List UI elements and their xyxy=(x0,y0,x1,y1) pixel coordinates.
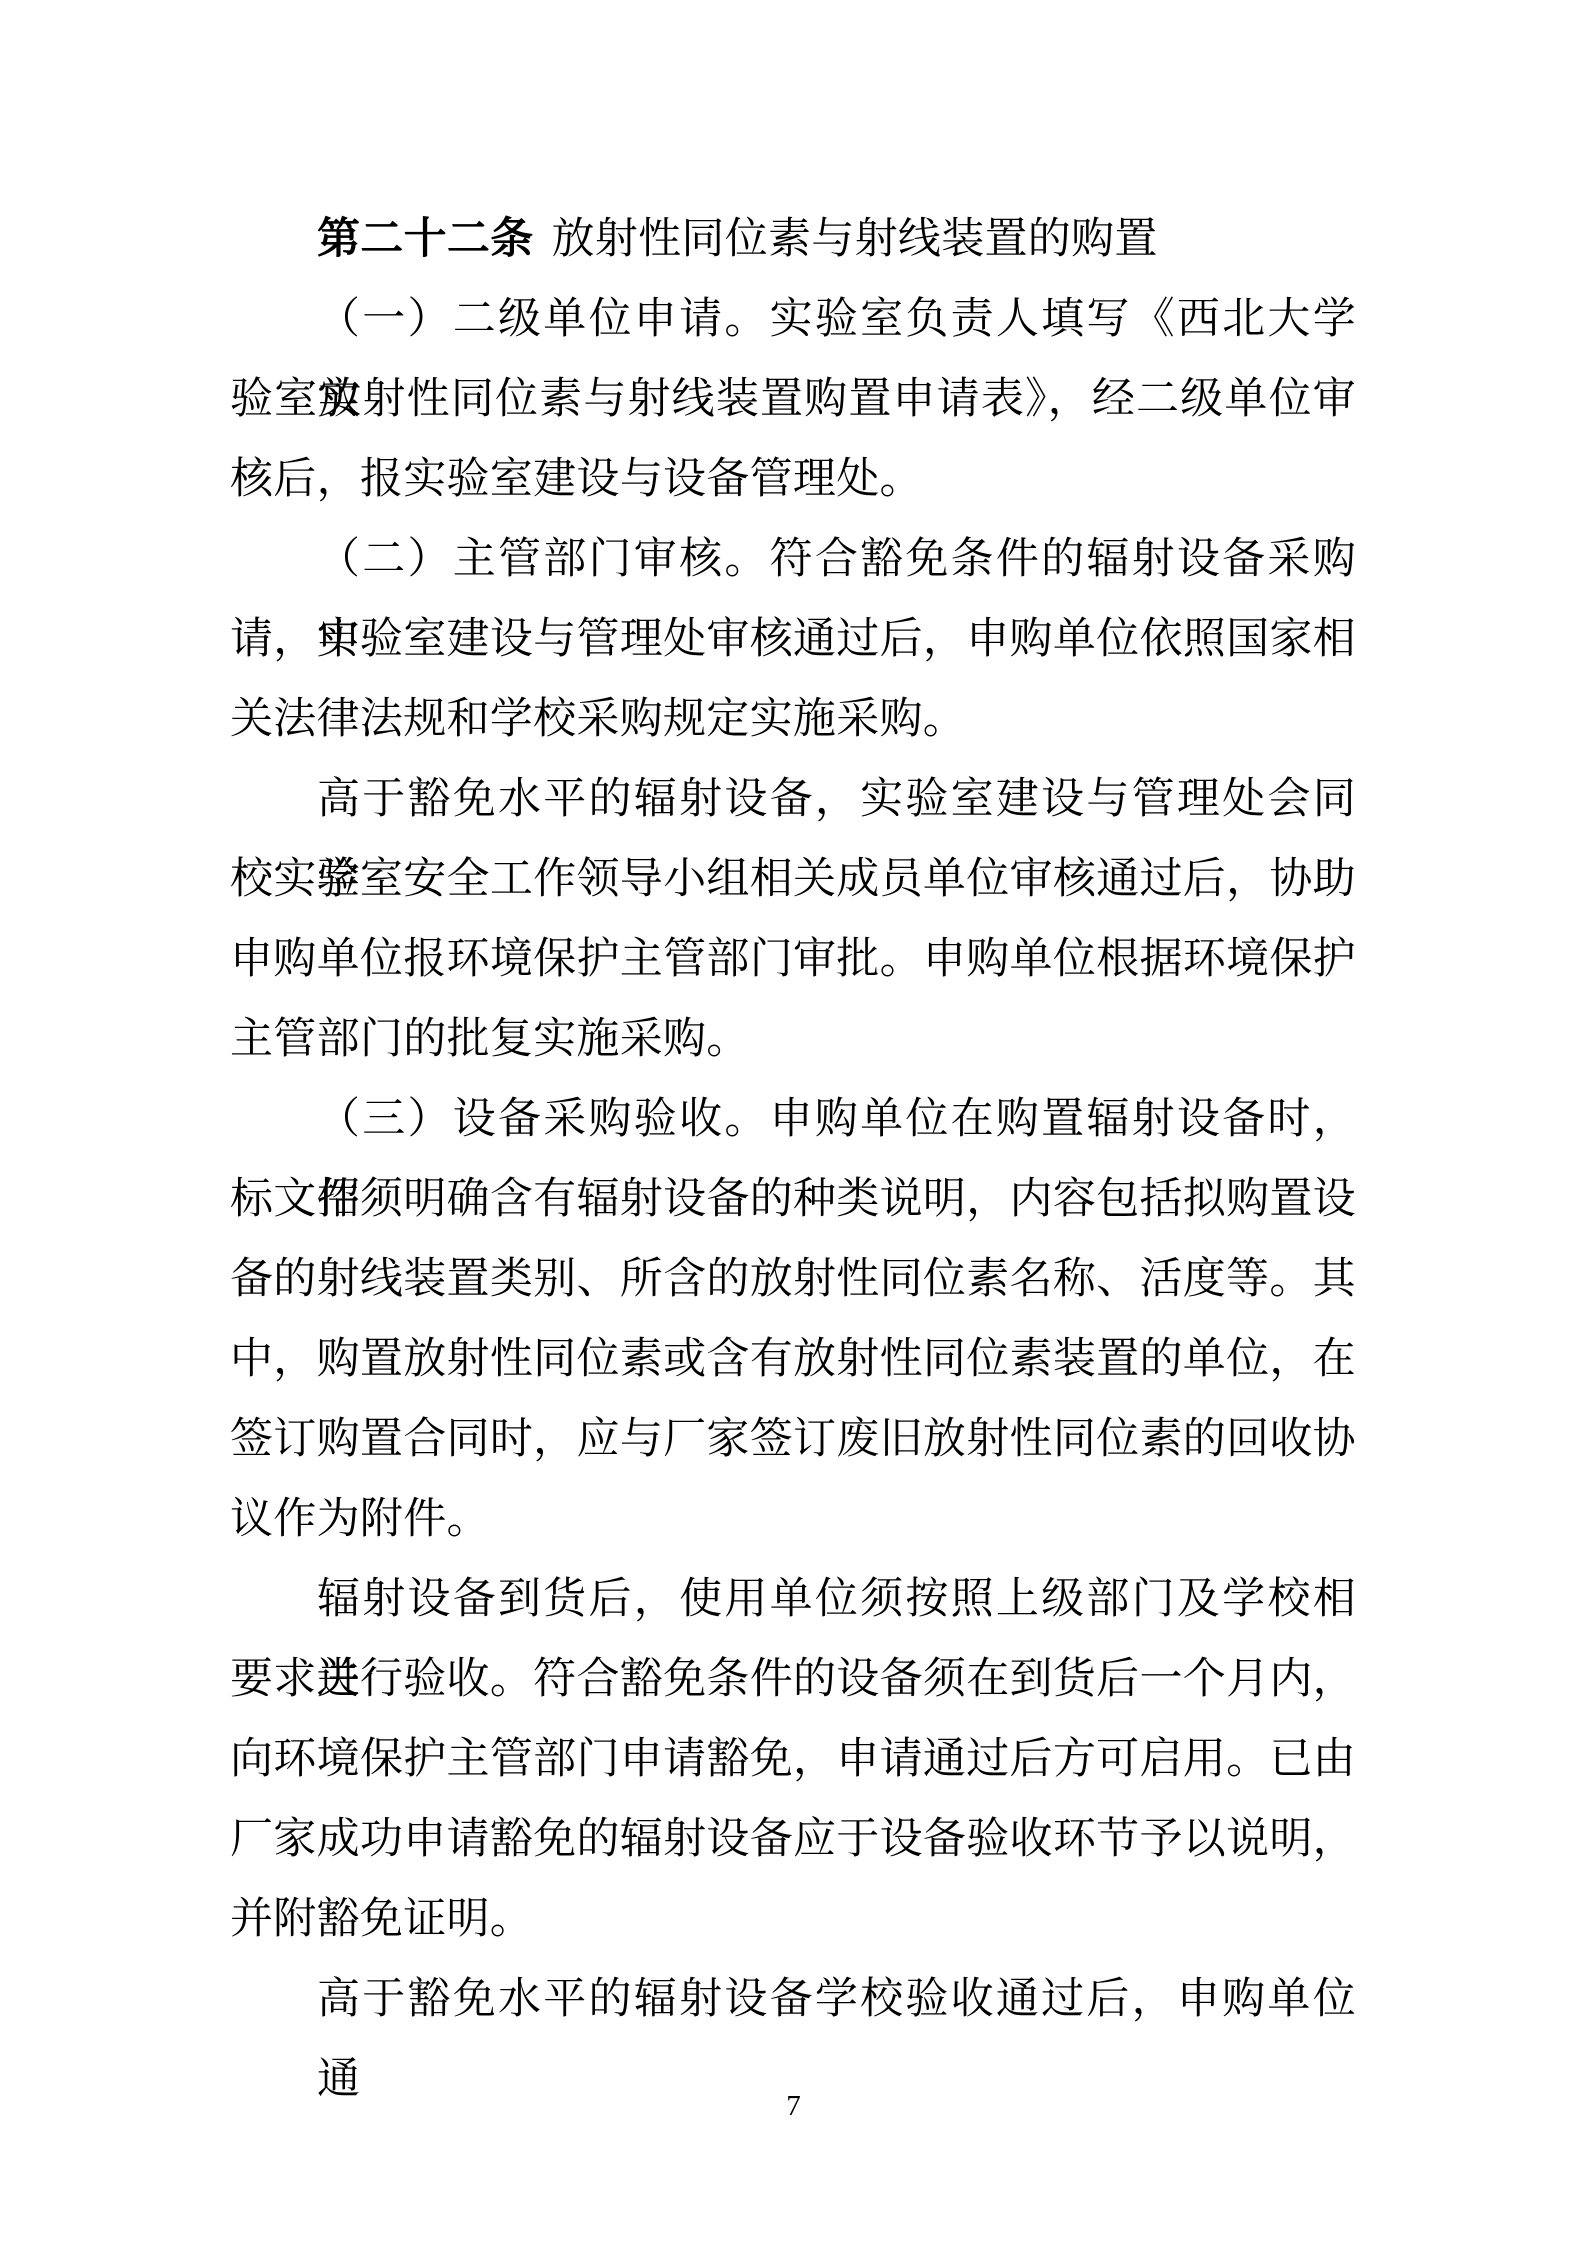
line-text: 并附豁免证明。 xyxy=(230,1896,533,1943)
text-line: （一）二级单位申请。实验室负责人填写《西北大学实 xyxy=(230,280,1356,360)
line-text: 请，实验室建设与管理处审核通过后，申购单位依照国家相 xyxy=(230,616,1356,663)
line-text: 校实验室安全工作领导小组相关成员单位审核通过后，协助 xyxy=(230,856,1356,903)
line-text: 备的射线装置类别、所含的放射性同位素名称、活度等。其 xyxy=(230,1256,1356,1303)
section-title: 放射性同位素与射线装置的购置 xyxy=(552,216,1158,263)
text-line: 验室放射性同位素与射线装置购置申请表》，经二级单位审 xyxy=(230,360,1356,440)
line-text: 申购单位报环境保护主管部门审批。申购单位根据环境保护 xyxy=(230,936,1356,983)
line-text: 验室放射性同位素与射线装置购置申请表》，经二级单位审 xyxy=(230,376,1356,423)
text-line: 主管部门的批复实施采购。 xyxy=(230,1000,1356,1080)
text-line: 向环境保护主管部门申请豁免，申请通过后方可启用。已由 xyxy=(230,1720,1356,1800)
text-line: 高于豁免水平的辐射设备学校验收通过后，申购单位通 xyxy=(230,1960,1356,2040)
line-text: 签订购置合同时，应与厂家签订废旧放射性同位素的回收协 xyxy=(230,1416,1356,1463)
line-text: 主管部门的批复实施采购。 xyxy=(230,1016,750,1063)
line-text: 向环境保护主管部门申请豁免，申请通过后方可启用。已由 xyxy=(230,1736,1356,1783)
text-line: 申购单位报环境保护主管部门审批。申购单位根据环境保护 xyxy=(230,920,1356,1000)
line-text: 高于豁免水平的辐射设备学校验收通过后，申购单位通 xyxy=(317,1976,1356,2103)
text-line: 中，购置放射性同位素或含有放射性同位素装置的单位，在 xyxy=(230,1320,1356,1400)
line-text: 议作为附件。 xyxy=(230,1496,490,1543)
text-line: 辐射设备到货后，使用单位须按照上级部门及学校相关 xyxy=(230,1560,1356,1640)
text-line: 签订购置合同时，应与厂家签订废旧放射性同位素的回收协 xyxy=(230,1400,1356,1480)
line-text: 中，购置放射性同位素或含有放射性同位素装置的单位，在 xyxy=(230,1336,1356,1383)
text-line: 备的射线装置类别、所含的放射性同位素名称、活度等。其 xyxy=(230,1240,1356,1320)
section-number: 第二十二条 xyxy=(317,216,534,263)
text-line: 关法律法规和学校采购规定实施采购。 xyxy=(230,680,1356,760)
text-line: 高于豁免水平的辐射设备，实验室建设与管理处会同学 xyxy=(230,760,1356,840)
text-line: （三）设备采购验收。申购单位在购置辐射设备时，招 xyxy=(230,1080,1356,1160)
document-page: 第二十二条放射性同位素与射线装置的购置（一）二级单位申请。实验室负责人填写《西北… xyxy=(0,0,1587,2245)
text-line: 并附豁免证明。 xyxy=(230,1880,1356,1960)
text-line: 校实验室安全工作领导小组相关成员单位审核通过后，协助 xyxy=(230,840,1356,920)
text-line: 议作为附件。 xyxy=(230,1480,1356,1560)
line-text: 标文件须明确含有辐射设备的种类说明，内容包括拟购置设 xyxy=(230,1176,1356,1223)
document-body: 第二十二条放射性同位素与射线装置的购置（一）二级单位申请。实验室负责人填写《西北… xyxy=(230,200,1356,2040)
text-line: 核后，报实验室建设与设备管理处。 xyxy=(230,440,1356,520)
line-text: 关法律法规和学校采购规定实施采购。 xyxy=(230,696,966,743)
text-line: 标文件须明确含有辐射设备的种类说明，内容包括拟购置设 xyxy=(230,1160,1356,1240)
text-line: 第二十二条放射性同位素与射线装置的购置 xyxy=(230,200,1356,280)
line-text: 厂家成功申请豁免的辐射设备应于设备验收环节予以说明， xyxy=(230,1816,1356,1863)
text-line: 请，实验室建设与管理处审核通过后，申购单位依照国家相 xyxy=(230,600,1356,680)
line-text: 要求进行验收。符合豁免条件的设备须在到货后一个月内， xyxy=(230,1656,1356,1703)
page-number: 7 xyxy=(0,2088,1587,2124)
line-text: 核后，报实验室建设与设备管理处。 xyxy=(230,456,923,503)
text-line: 要求进行验收。符合豁免条件的设备须在到货后一个月内， xyxy=(230,1640,1356,1720)
text-line: 厂家成功申请豁免的辐射设备应于设备验收环节予以说明， xyxy=(230,1800,1356,1880)
text-line: （二）主管部门审核。符合豁免条件的辐射设备采购申 xyxy=(230,520,1356,600)
